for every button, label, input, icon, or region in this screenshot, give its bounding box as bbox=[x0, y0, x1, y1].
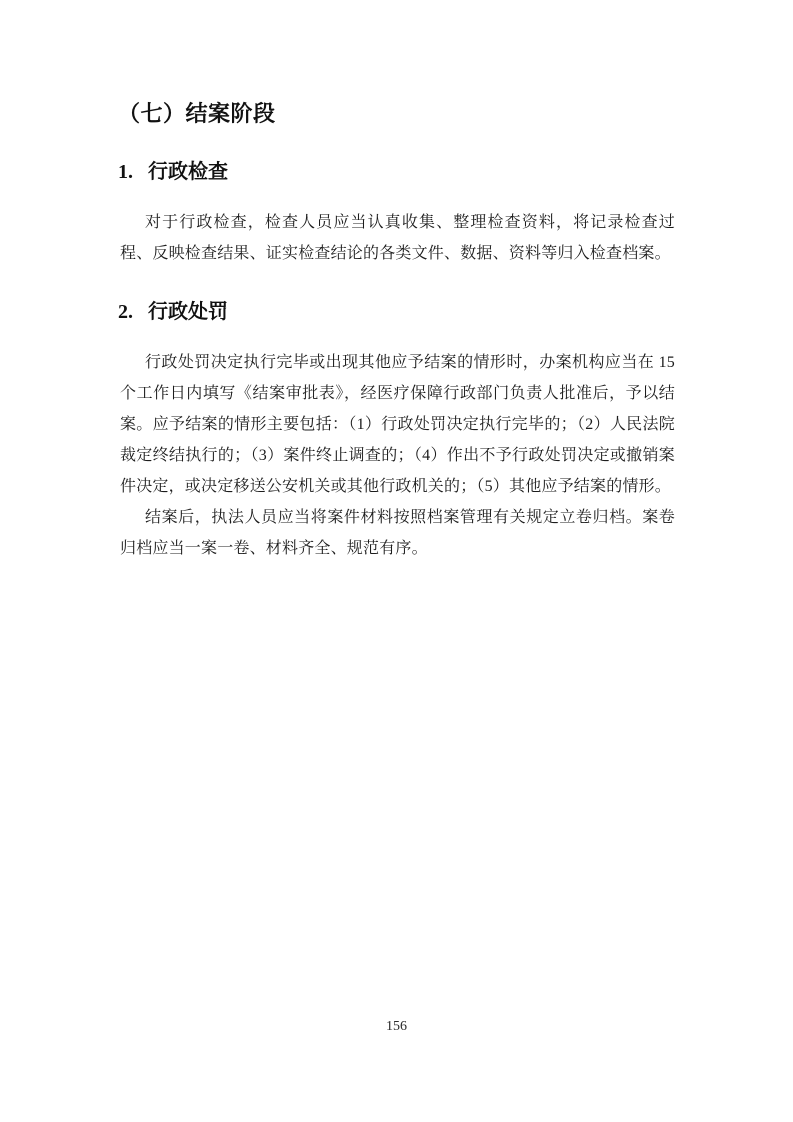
paragraph: 行政处罚决定执行完毕或出现其他应予结案的情形时，办案机构应当在 15 个工作日内… bbox=[120, 347, 675, 502]
subsection-2-body: 行政处罚决定执行完毕或出现其他应予结案的情形时，办案机构应当在 15 个工作日内… bbox=[120, 347, 675, 564]
subsection-1-body: 对于行政检查，检查人员应当认真收集、整理检查资料，将记录检查过程、反映检查结果、… bbox=[120, 207, 675, 269]
section-title: （七）结案阶段 bbox=[118, 101, 276, 127]
subsection-2-number: 2. bbox=[118, 300, 133, 324]
subsection-1-number: 1. bbox=[118, 160, 133, 184]
document-page: （七）结案阶段 1.行政检查 对于行政检查，检查人员应当认真收集、整理检查资料，… bbox=[0, 0, 793, 1122]
page-number: 156 bbox=[0, 1018, 793, 1036]
paragraph: 对于行政检查，检查人员应当认真收集、整理检查资料，将记录检查过程、反映检查结果、… bbox=[120, 207, 675, 269]
paragraph: 结案后，执法人员应当将案件材料按照档案管理有关规定立卷归档。案卷归档应当一案一卷… bbox=[120, 502, 675, 564]
subsection-1-title: 行政检查 bbox=[148, 161, 228, 183]
subsection-heading-1: 1.行政检查 bbox=[118, 160, 228, 184]
subsection-2-title: 行政处罚 bbox=[148, 301, 228, 323]
subsection-heading-2: 2.行政处罚 bbox=[118, 300, 228, 324]
